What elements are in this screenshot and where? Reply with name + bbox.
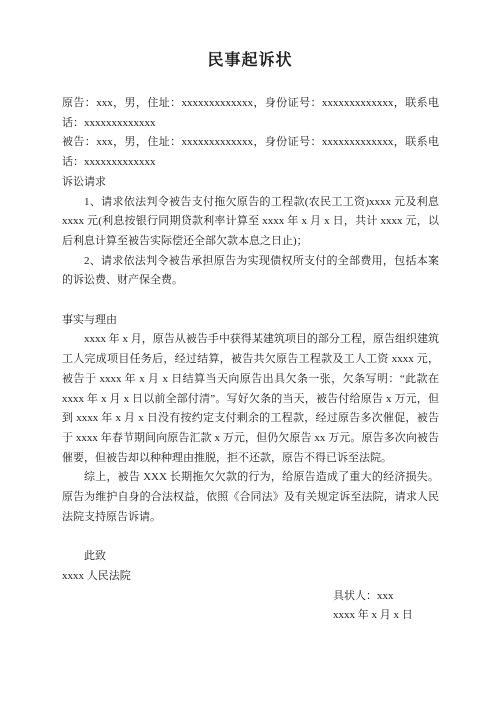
document-body: 原告：xxx，男，住址：xxxxxxxxxxxxx，身份证号：xxxxxxxxx… [62,94,439,626]
section-spacer [62,291,439,311]
court-name: xxxx 人民法院 [62,567,439,587]
defendant-info-line: 被告：xxx，男，住址：xxxxxxxxxxxxx，身份证号：xxxxxxxxx… [62,133,439,172]
claim-item-1: 1、请求依法判令被告支付拖欠原告的工程款(农民工工资)xxxx 元及利息 xxx… [62,193,439,252]
claims-heading: 诉讼请求 [62,173,439,193]
plaintiff-info-line: 原告：xxx，男，住址：xxxxxxxxxxxxx，身份证号：xxxxxxxxx… [62,94,439,133]
facts-paragraph-1: xxxx 年 x 月，原告从被告手中获得某建筑项目的部分工程，原告组织建筑工人完… [62,330,439,468]
facts-heading: 事实与理由 [62,311,439,331]
document-title: 民事起诉状 [0,47,500,70]
section-spacer [62,527,439,547]
date-line: xxxx 年 x 月 x 日 [333,606,439,626]
signer-line: 具状人：xxx [333,587,439,607]
signature-block: 具状人：xxx xxxx 年 x 月 x 日 [333,587,439,626]
facts-paragraph-2: 综上，被告 XXX 长期拖欠欠款的行为，给原告造成了重大的经济损失。原告为维护自… [62,468,439,527]
claim-item-2: 2、请求依法判令被告承担原告为实现债权所支付的全部费用，包括本案的诉讼费、财产保… [62,252,439,291]
document-page: 民事起诉状 原告：xxx，男，住址：xxxxxxxxxxxxx，身份证号：xxx… [0,0,500,707]
closing-salutation: 此致 [62,547,439,567]
